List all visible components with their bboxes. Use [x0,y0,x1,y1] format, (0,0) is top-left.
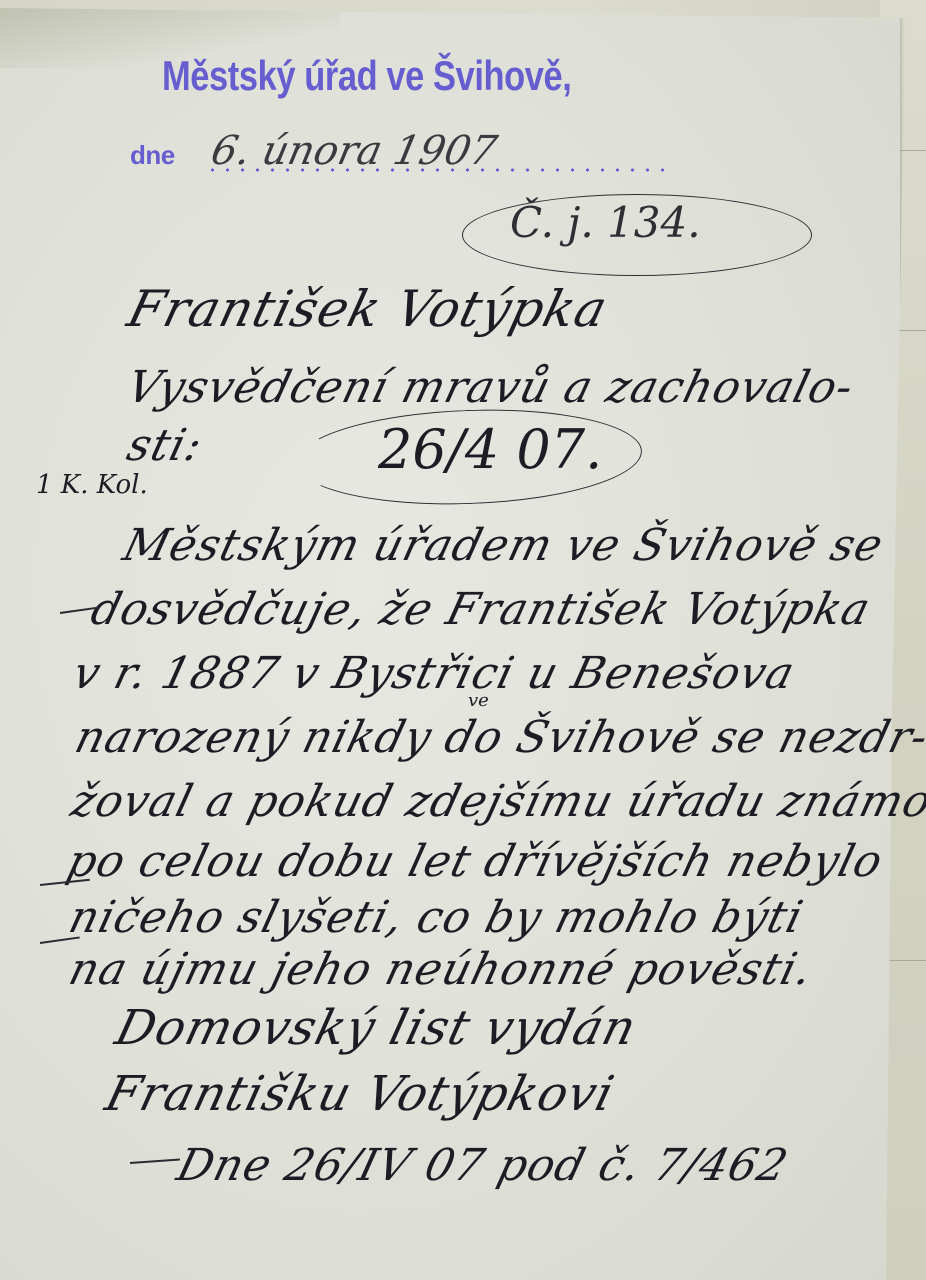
subject-line: Vysvědčení mravů a zachovalo- [122,362,859,413]
footer-note: Dne 26/IV 07 pod č. 7/462 [172,1140,794,1191]
body-line: na újmu jeho neúhonné pověsti. [64,944,818,995]
subject-name: František Votýpka [122,280,614,338]
office-stamp: Městský úřad ve Švihově, [162,52,571,100]
body-line: Městským úřadem ve Švihově se [118,520,889,571]
body-line: dosvědčuje, že František Votýpka [86,584,876,635]
reference-number: Č. j. 134. [510,198,701,247]
body-line: narozený nikdy do Švihově se nezdr- [70,712,926,763]
margin-note: 1 K. Kol. [36,470,148,500]
body-line: po celou dobu let dřívějších nebylo [62,836,888,887]
closing-line: Domovský list vydán [110,1000,642,1056]
stamp-date-prefix: dne [130,140,175,171]
body-line: žoval a pokud zdejšímu úřadu známo [66,776,926,827]
body-line: v r. 1887 v Bystřici u Benešova [68,648,800,699]
closing-line: Františku Votýpkovi [100,1066,620,1122]
circled-date: 26/4 07. [378,418,602,481]
body-line: ničeho slyšeti, co by mohlo býti [64,892,808,943]
subject-line-end: sti: [122,420,208,471]
body-insertion: ve [468,690,489,711]
issue-date: 6. února 1907 [207,128,501,174]
